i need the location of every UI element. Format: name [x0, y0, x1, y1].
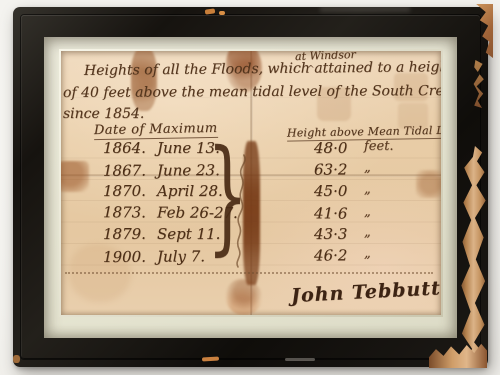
flood-year: 1879.: [103, 225, 146, 243]
flood-height: 48·0: [314, 139, 347, 157]
ditto-mark: „: [364, 160, 371, 175]
flood-year: 1873.: [103, 203, 146, 221]
ditto-mark: „: [364, 225, 371, 240]
flood-record-row: 1879. Sept 11. 43·3 „: [61, 225, 441, 247]
frame-chip: [285, 358, 315, 361]
flood-height: 43·3: [314, 225, 347, 243]
heading-line-3: since 1854.: [63, 106, 144, 122]
flood-height: 41·6: [314, 204, 348, 222]
flood-year: 1900.: [103, 247, 146, 265]
heading-line-1: Heights of all the Floods, which attaine…: [84, 59, 441, 79]
frame-chip: [13, 355, 20, 363]
height-unit: feet.: [364, 139, 394, 154]
photo-background: at Windsor ^ Heights of all the Floods, …: [0, 0, 500, 375]
ink-stain: [131, 51, 157, 111]
flood-height: 63·2: [314, 160, 348, 178]
frame-scuff: [320, 6, 410, 12]
dotted-rule-line: [65, 272, 433, 274]
ditto-mark: „: [364, 204, 371, 219]
flood-year: 1870.: [103, 182, 146, 200]
manuscript-paper: at Windsor ^ Heights of all the Floods, …: [61, 51, 441, 315]
flood-record-row: 1900. July 7. 46·2 „: [61, 245, 441, 270]
flood-year: 1867.: [103, 161, 146, 179]
mat-opening-bevel: at Windsor ^ Heights of all the Floods, …: [59, 49, 443, 317]
flood-height: 45·0: [314, 182, 347, 200]
flood-date: July 7.: [157, 247, 205, 265]
picture-frame: at Windsor ^ Heights of all the Floods, …: [13, 7, 488, 367]
ink-stain: [226, 279, 262, 315]
flood-height: 46·2: [314, 246, 348, 264]
mat-board: at Windsor ^ Heights of all the Floods, …: [44, 37, 457, 338]
ditto-mark: „: [364, 246, 371, 261]
column-header-date: Date of Maximum: [94, 121, 218, 140]
flood-year: 1864.: [103, 139, 146, 157]
heading-line-2: of 40 feet above the mean tidal level of…: [63, 83, 441, 101]
ditto-mark: „: [364, 182, 371, 197]
frame-chip: [219, 11, 225, 15]
